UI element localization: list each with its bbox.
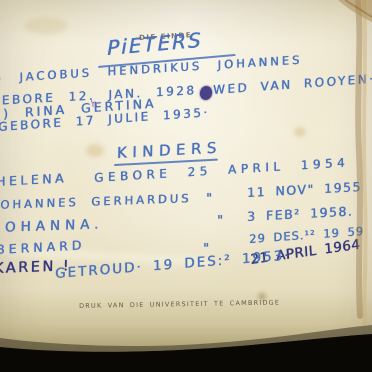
printer-imprint: DRUK VAN DIE UNIVERSITEIT TE CAMBRIDGE	[79, 299, 280, 309]
child-name: HELENA	[0, 172, 67, 188]
family-surname: PiETERS	[107, 30, 203, 58]
ink-blot	[198, 85, 213, 101]
marriage-line: GETROUD· 19 DES:² 1953·	[55, 249, 290, 281]
page-content: DIE EINDE PiETERS 1) JACOBUS HENDRIKUS J…	[0, 0, 372, 372]
child-name: BERNARD	[0, 239, 85, 256]
child-birth-date: 11 NOV" 1955	[247, 181, 362, 200]
child-birth-date: 3 FEB² 1958.	[247, 205, 353, 223]
ditto-mark: "	[206, 193, 212, 206]
child-name: JOHANNA.	[0, 218, 103, 235]
widow-note: WED VAN ROOYEN·	[213, 73, 372, 96]
ditto-mark: "	[217, 215, 223, 228]
correction-mark: ŉ	[90, 100, 98, 109]
book-page-photo: DIE EINDE PiETERS 1) JACOBUS HENDRIKUS J…	[0, 0, 372, 372]
child-name: JOHANNES GERHARDUS	[0, 193, 192, 211]
children-heading: KINDERS	[117, 141, 222, 162]
